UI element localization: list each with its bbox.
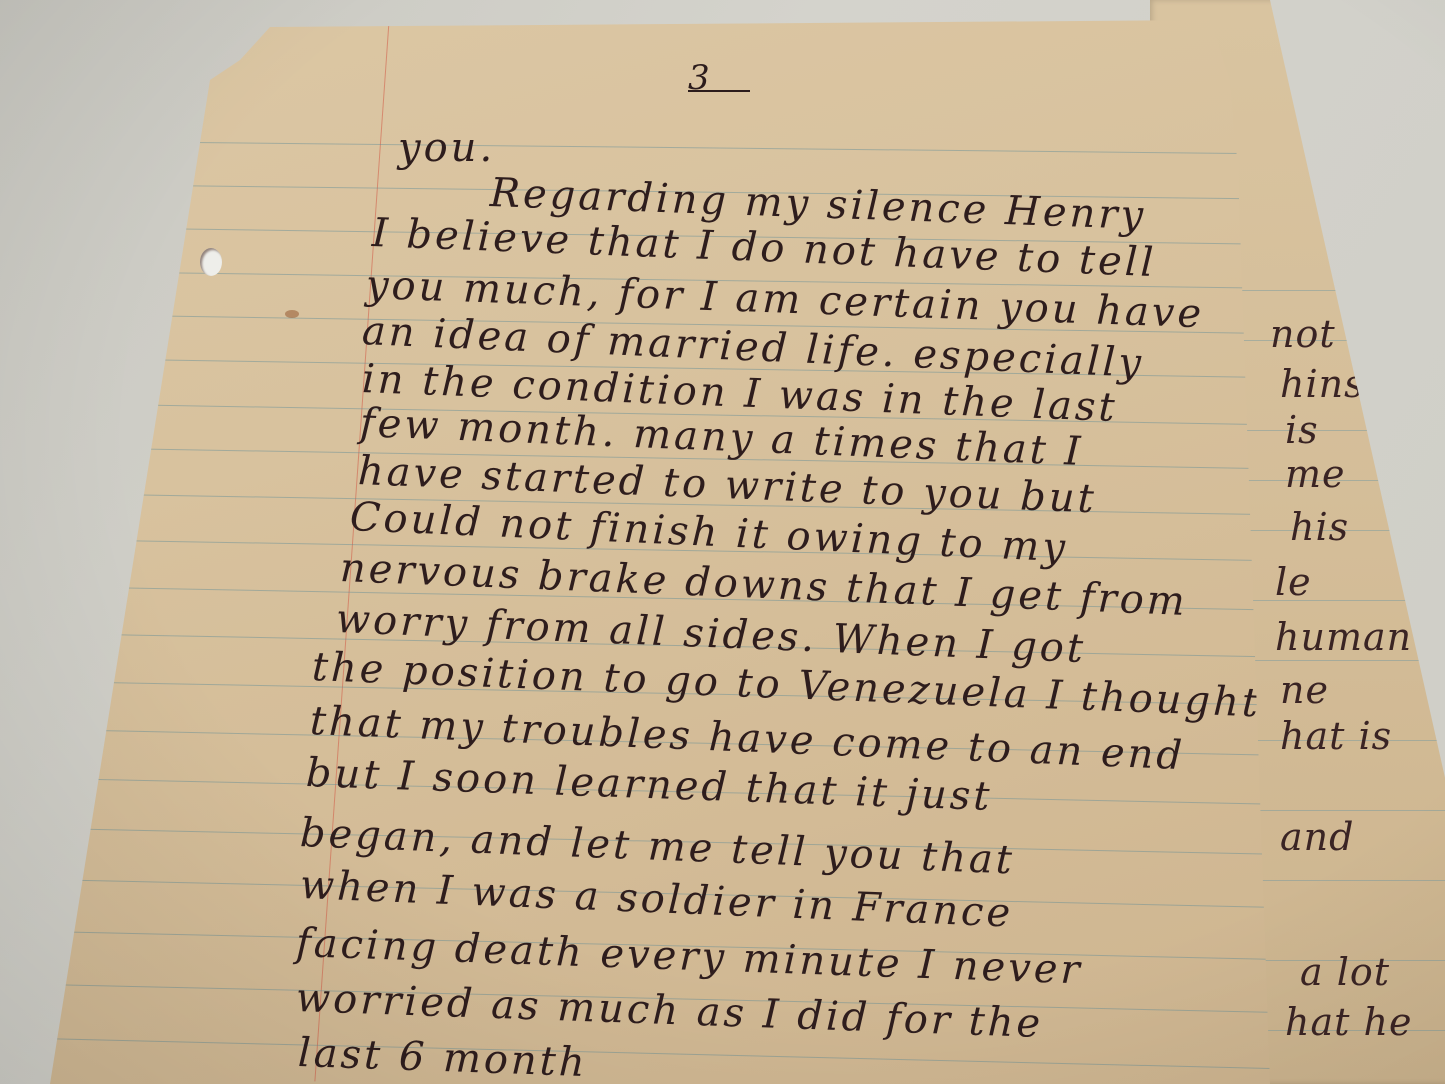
page-number: 3 bbox=[688, 58, 710, 98]
punch-hole bbox=[200, 248, 222, 276]
back-fragment: not bbox=[1270, 312, 1336, 356]
ruled-line bbox=[0, 140, 1445, 156]
back-fragment: hat is bbox=[1280, 714, 1392, 758]
paper-stain bbox=[285, 310, 299, 318]
back-fragment: a lot bbox=[1300, 950, 1390, 994]
back-fragment: le bbox=[1275, 560, 1312, 604]
back-fragment: ne bbox=[1280, 668, 1329, 712]
back-fragment: and bbox=[1280, 815, 1354, 859]
ruled-line bbox=[0, 1037, 1445, 1073]
letter-line: last 6 month bbox=[297, 1030, 588, 1084]
photo-scene: not hins is me his le human ne hat is an… bbox=[0, 0, 1445, 1084]
page-number-underline bbox=[688, 90, 750, 92]
front-page: 3 you. Regarding my silence Henry I beli… bbox=[0, 0, 1445, 1084]
back-fragment: his bbox=[1290, 505, 1349, 549]
back-fragment: hat he bbox=[1285, 1000, 1412, 1044]
back-fragment: hins bbox=[1280, 362, 1365, 406]
letter-line: you. bbox=[398, 125, 495, 171]
back-fragment: human bbox=[1275, 615, 1412, 659]
back-fragment: me bbox=[1285, 452, 1346, 496]
back-fragment: is bbox=[1285, 408, 1319, 452]
